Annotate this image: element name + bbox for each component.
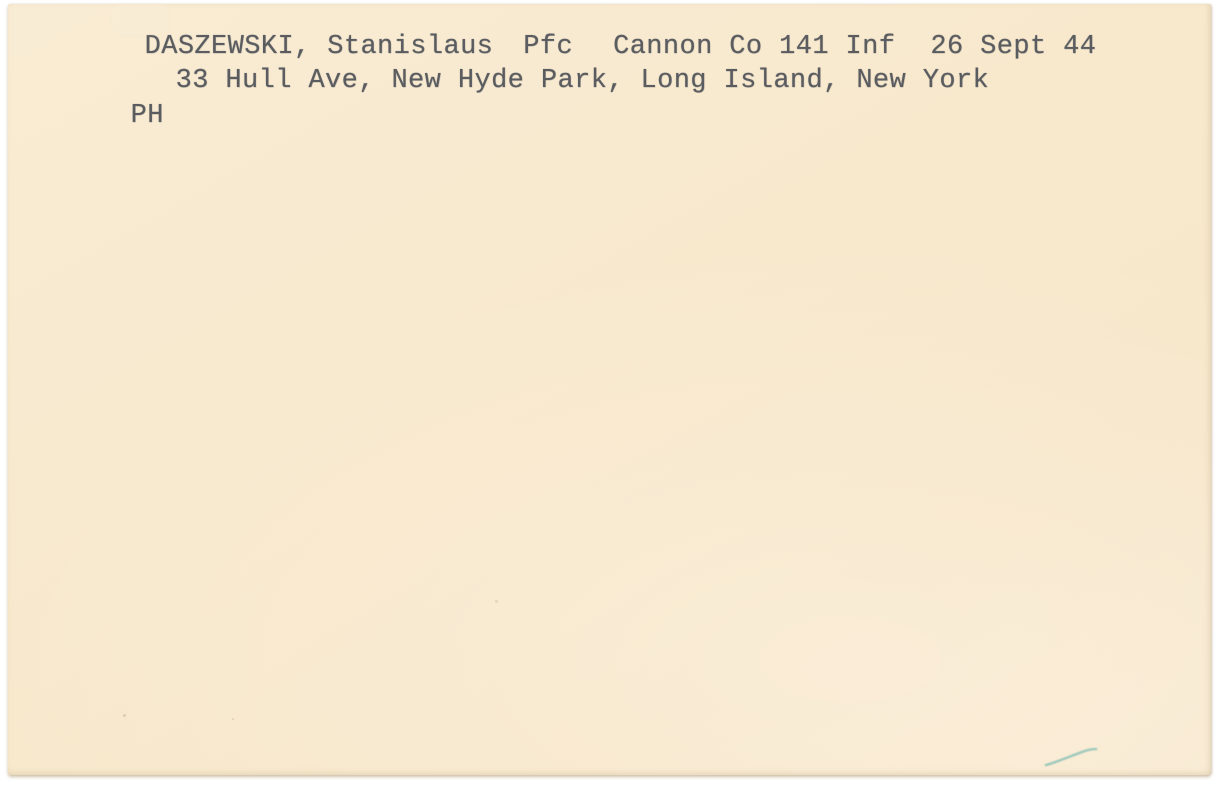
award-code: PH — [131, 101, 164, 131]
home-address: 33 Hull Ave, New Hyde Park, Long Island,… — [176, 66, 990, 96]
scanned-document: DASZEWSKI, StanislausPfcCannon Co 141 In… — [0, 0, 1216, 788]
paper-speck — [232, 718, 234, 720]
index-card: DASZEWSKI, StanislausPfcCannon Co 141 In… — [8, 4, 1211, 775]
paper-speck — [123, 714, 126, 717]
paper-speck — [495, 600, 498, 603]
typed-line-code: PH — [31, 76, 164, 157]
pen-mark-icon — [1042, 746, 1100, 770]
typed-line-address: 33 Hull Ave, New Hyde Park, Long Island,… — [76, 41, 989, 122]
